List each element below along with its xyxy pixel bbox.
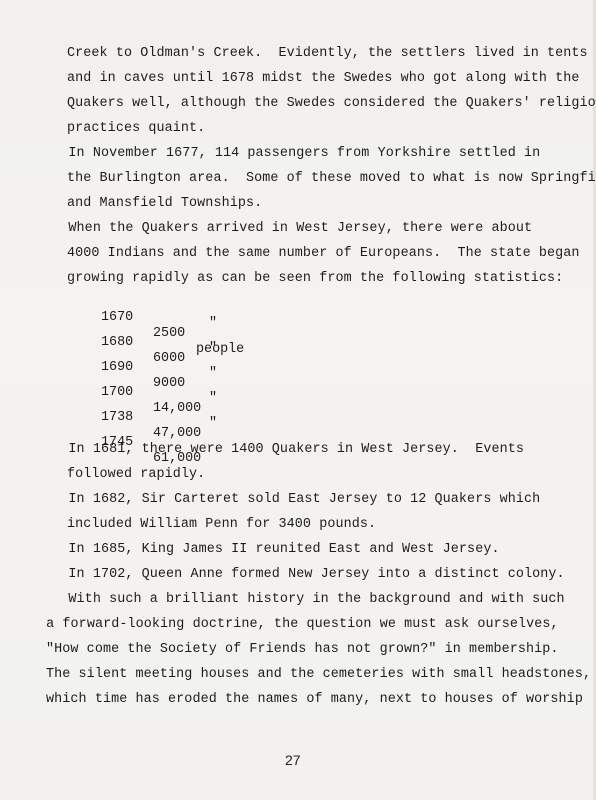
stat-row: 1745 61,000 " — [0, 419, 596, 499]
text-line: In 1681, there were 1400 Quakers in West… — [44, 442, 524, 458]
text-line: included William Penn for 3400 pounds. — [67, 517, 376, 533]
text-line: followed rapidly. — [67, 467, 205, 483]
text-line: practices quaint. — [67, 121, 205, 137]
text-line: which time has eroded the names of many,… — [46, 692, 583, 708]
text-line: When the Quakers arrived in West Jersey,… — [44, 221, 532, 237]
text-line: growing rapidly as can be seen from the … — [67, 271, 563, 287]
ditto-mark: " — [209, 341, 217, 357]
text-line: In 1682, Sir Carteret sold East Jersey t… — [44, 492, 540, 508]
document-page: Creek to Oldman's Creek. Evidently, the … — [0, 0, 596, 800]
text-line: With such a brilliant history in the bac… — [44, 592, 565, 608]
ditto-mark: " — [209, 366, 217, 382]
text-line: In November 1677, 114 passengers from Yo… — [44, 146, 540, 162]
ditto-mark: " — [209, 391, 217, 407]
ditto-mark: " — [209, 416, 217, 432]
text-line: Creek to Oldman's Creek. Evidently, the … — [67, 46, 588, 62]
text-line: a forward-looking doctrine, the question… — [38, 617, 559, 633]
text-line: In 1702, Queen Anne formed New Jersey in… — [44, 567, 565, 583]
ditto-mark: " — [209, 316, 217, 332]
text-line: and in caves until 1678 midst the Swedes… — [67, 71, 580, 87]
text-line: and Mansfield Townships. — [67, 196, 262, 212]
text-line: Quakers well, although the Swedes consid… — [67, 96, 596, 112]
text-line: the Burlington area. Some of these moved… — [67, 171, 596, 187]
text-line: In 1685, King James II reunited East and… — [44, 542, 500, 558]
text-line: 4000 Indians and the same number of Euro… — [67, 246, 580, 262]
text-line: "How come the Society of Friends has not… — [46, 642, 559, 658]
page-number: 27 — [285, 752, 301, 768]
text-line: The silent meeting houses and the cemete… — [46, 667, 596, 683]
